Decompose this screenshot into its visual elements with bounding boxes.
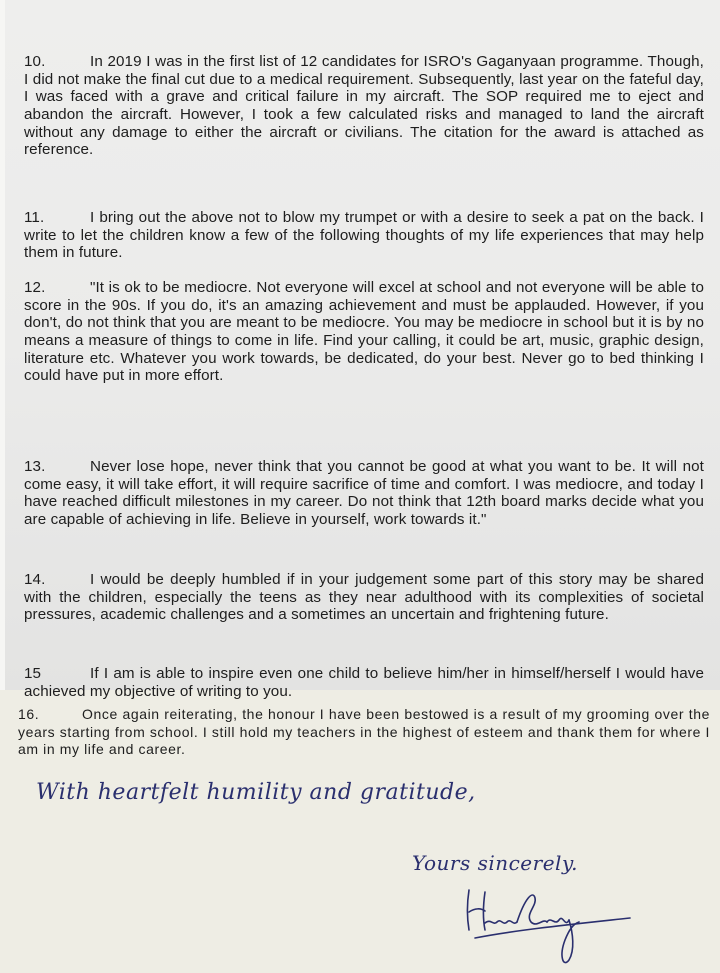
letter-page: 10.In 2019 I was in the first list of 12… (0, 0, 720, 973)
paragraph-10: 10.In 2019 I was in the first list of 12… (24, 53, 704, 159)
signature-icon (455, 878, 640, 968)
paragraph-11: 11.I bring out the above not to blow my … (24, 209, 704, 262)
paragraph-number: 16. (18, 706, 82, 724)
paragraph-text: I bring out the above not to blow my tru… (24, 209, 704, 261)
paragraph-number: 13. (24, 458, 90, 476)
paragraph-16: 16.Once again reiterating, the honour I … (18, 706, 710, 759)
paragraph-14: 14.I would be deeply humbled if in your … (24, 571, 704, 624)
paragraph-number: 14. (24, 571, 90, 589)
paragraph-number: 15 (24, 665, 90, 683)
paragraph-text: I would be deeply humbled if in your jud… (24, 571, 704, 623)
paragraph-text: In 2019 I was in the first list of 12 ca… (24, 53, 704, 158)
paragraph-text: Once again reiterating, the honour I hav… (18, 706, 710, 757)
handwritten-closing: With heartfelt humility and gratitude, (36, 780, 476, 805)
paragraph-13: 13.Never lose hope, never think that you… (24, 458, 704, 528)
paragraph-15: 15If I am is able to inspire even one ch… (24, 665, 704, 700)
paragraph-number: 11. (24, 209, 90, 227)
paragraph-number: 12. (24, 279, 90, 297)
paragraph-text: If I am is able to inspire even one chil… (24, 665, 704, 700)
paragraph-12: 12."It is ok to be mediocre. Not everyon… (24, 279, 704, 385)
paragraph-number: 10. (24, 53, 90, 71)
paragraph-text: Never lose hope, never think that you ca… (24, 458, 704, 528)
handwritten-valediction: Yours sincerely. (412, 851, 578, 875)
paragraph-text: "It is ok to be mediocre. Not everyone w… (24, 279, 704, 384)
